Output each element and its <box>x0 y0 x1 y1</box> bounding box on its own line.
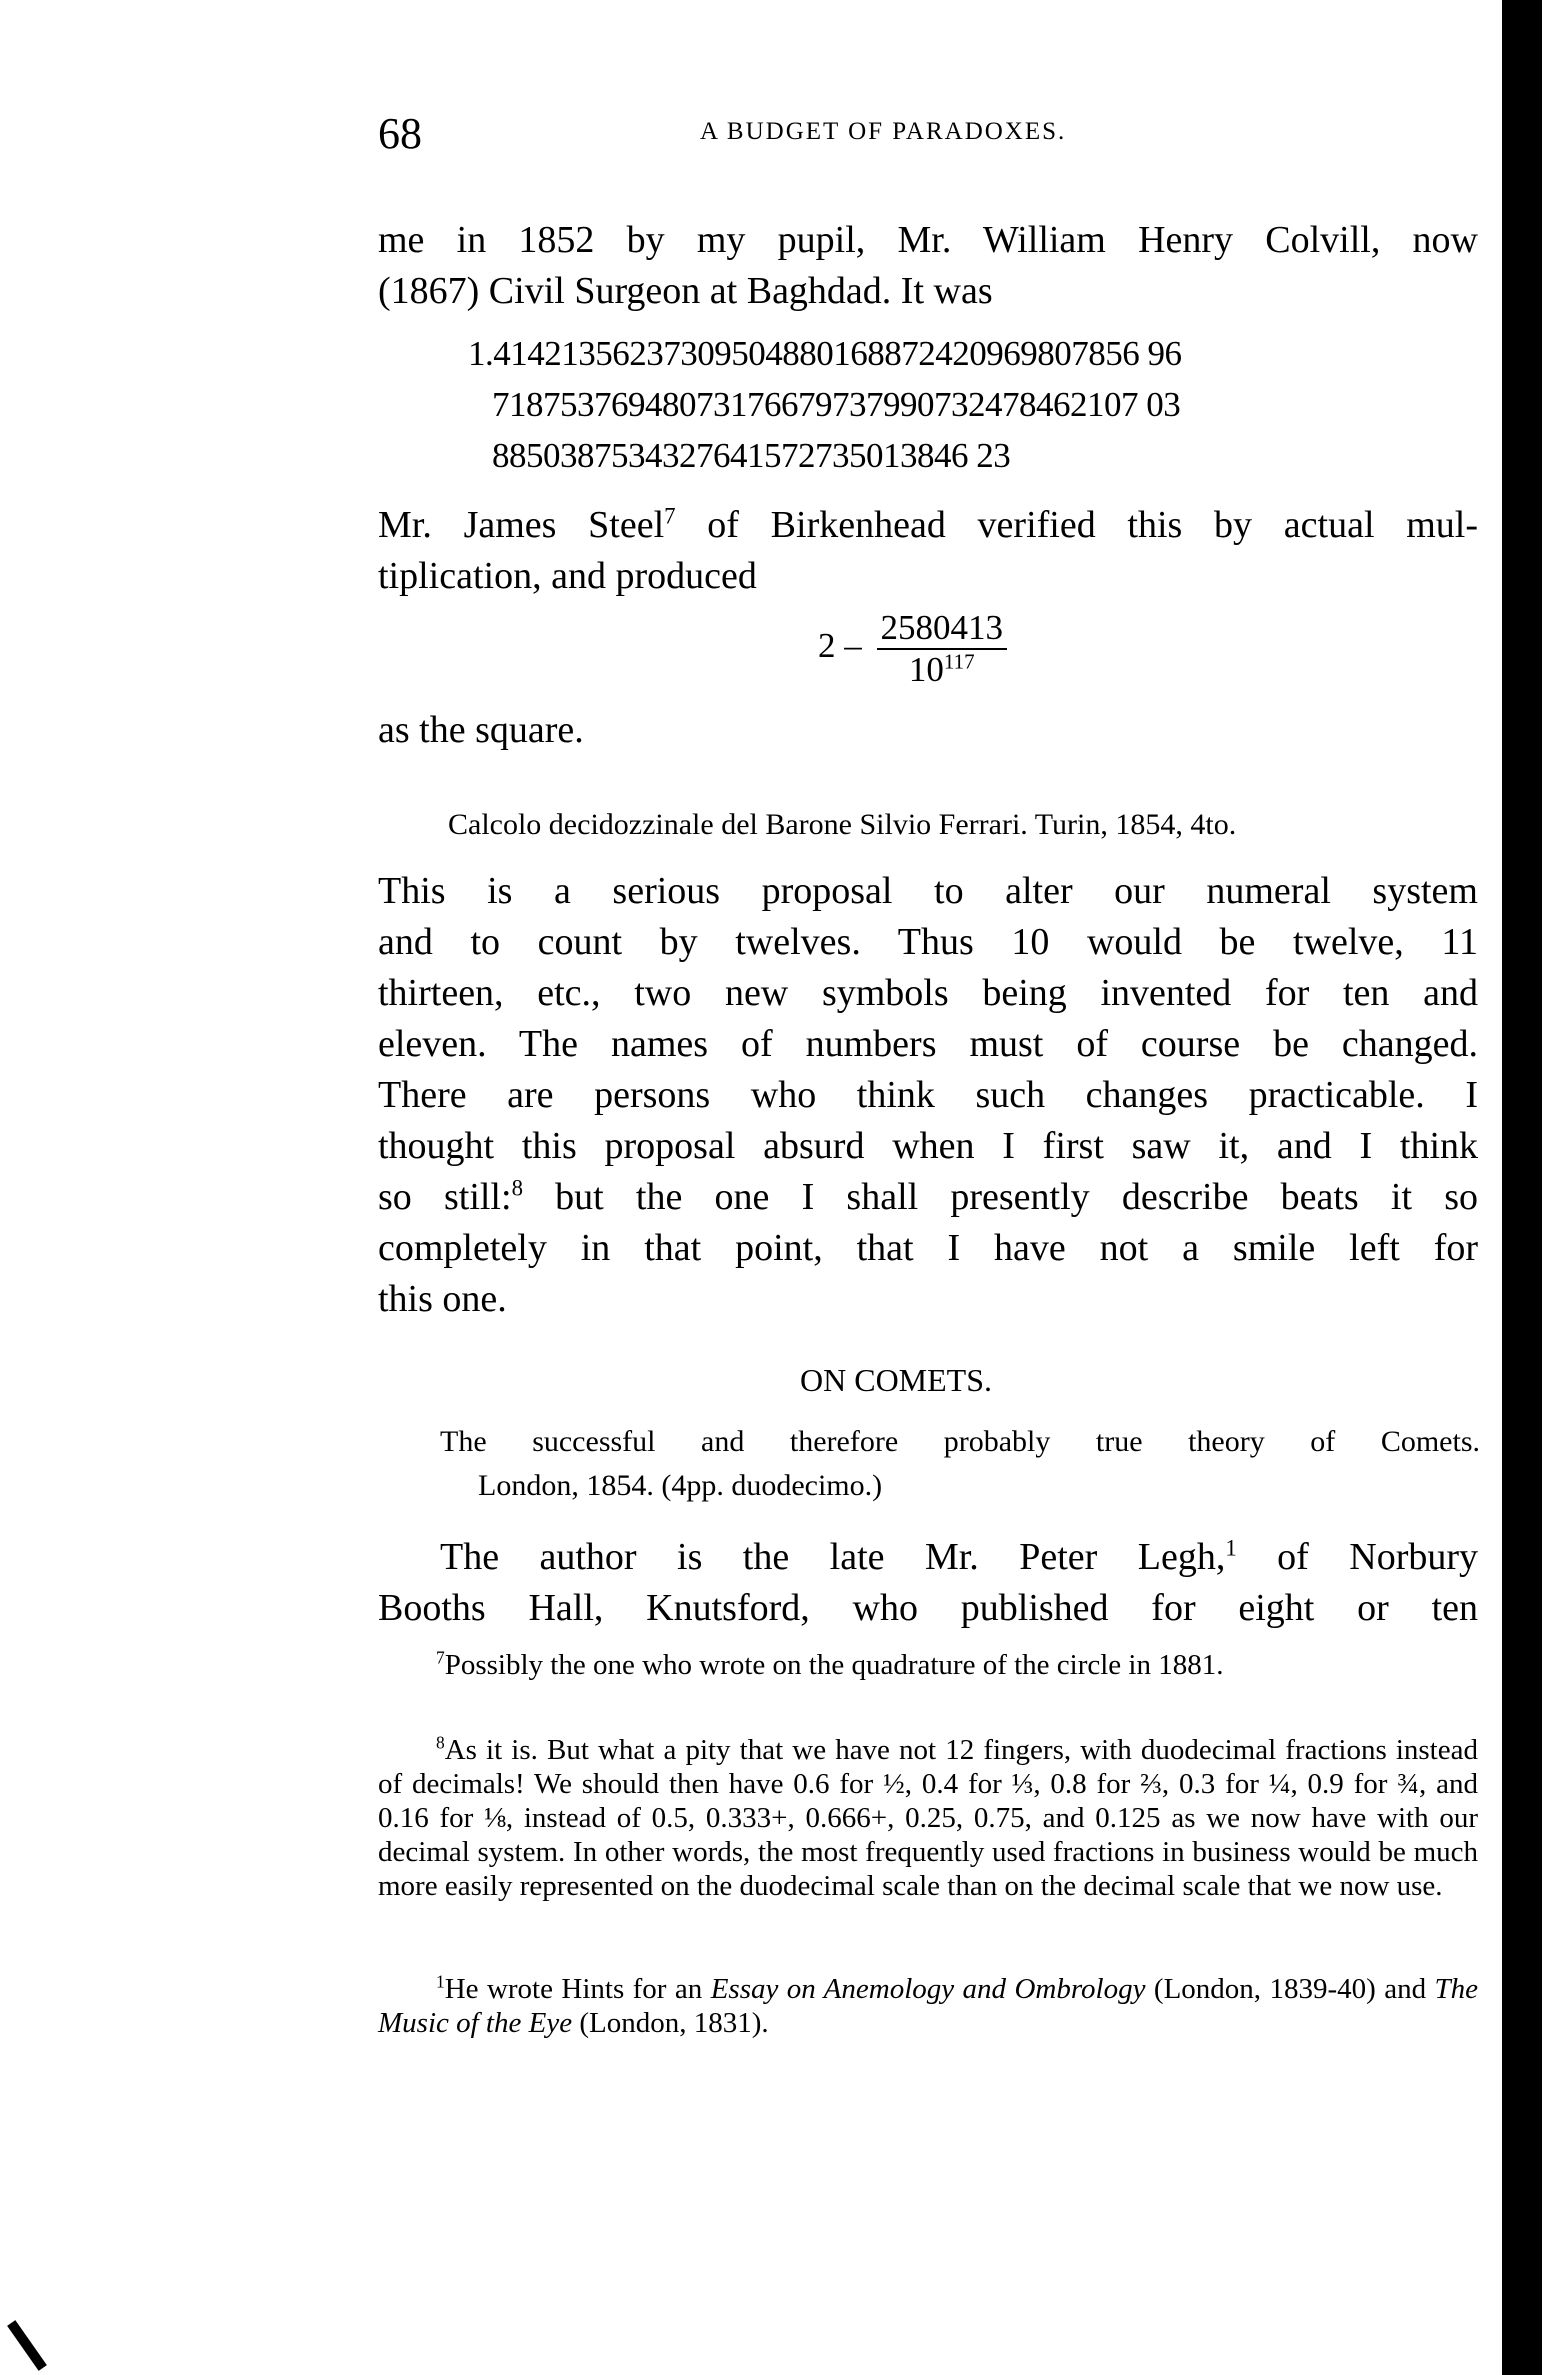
denominator-exponent: 117 <box>944 649 975 673</box>
footnote-marker-7: 7 <box>436 1647 445 1667</box>
footnote-ref-1[interactable]: 1 <box>1225 1535 1236 1560</box>
square-fraction: 2 – 2580413 10117 <box>818 608 1007 690</box>
paragraph-line-1: This is a serious proposal to alter our … <box>378 866 1478 917</box>
as-the-square: as the square. <box>378 705 1478 756</box>
intro-line-1: me in 1852 by my pupil, Mr. William Henr… <box>378 215 1478 266</box>
text: but the one I shall presently describe b… <box>523 1176 1478 1218</box>
text: (London, 1831). <box>572 2007 769 2039</box>
paragraph-line-8: completely in that point, that I have no… <box>378 1223 1478 1274</box>
text: He wrote Hints for an <box>445 1973 711 2005</box>
text: so still: <box>378 1176 512 1218</box>
paragraph-line-5: There are persons who think such changes… <box>378 1070 1478 1121</box>
comets-citation-line-1: The successful and therefore probably tr… <box>440 1420 1480 1464</box>
footnote-7: 7Possibly the one who wrote on the quadr… <box>378 1648 1478 1682</box>
footnote-8: 8As it is. But what a pity that we have … <box>378 1733 1478 1903</box>
sqrt2-digits-line-3: 8850387534327641572735013846 23 <box>492 430 1010 481</box>
paragraph-line-9: this one. <box>378 1274 1478 1325</box>
paragraph-line-2: and to count by twelves. Thus 10 would b… <box>378 917 1478 968</box>
fraction: 2580413 10117 <box>877 608 1008 690</box>
sqrt2-digits-line-1: 1.41421356237309504880168872420969807856… <box>468 328 1182 379</box>
footnote-text: As it is. But what a pity that we have n… <box>378 1734 1478 1902</box>
book-title: Essay on Anemology and Ombrology <box>711 1973 1146 2005</box>
scan-edge-bar <box>1502 0 1542 2375</box>
text: Mr. James Steel <box>378 504 664 546</box>
footnote-1: 1He wrote Hints for an Essay on Anemolog… <box>378 1972 1478 2040</box>
fraction-denominator: 10117 <box>877 650 1008 690</box>
footnote-ref-7[interactable]: 7 <box>664 503 675 528</box>
section-heading-comets: ON COMETS. <box>800 1362 992 1399</box>
text: The author is the late Mr. Peter Legh, <box>440 1536 1225 1578</box>
page-number: 68 <box>378 108 422 159</box>
paragraph-line-4: eleven. The names of numbers must of cou… <box>378 1019 1478 1070</box>
text: (London, 1839-40) and <box>1146 1973 1435 2005</box>
scan-mark <box>7 2320 47 2371</box>
denominator-base: 10 <box>909 650 944 689</box>
text: of Norbury <box>1237 1536 1478 1578</box>
fraction-whole: 2 – <box>818 626 862 665</box>
footnote-marker-1: 1 <box>436 1971 445 1991</box>
comets-text-line-2: Booths Hall, Knutsford, who published fo… <box>378 1583 1478 1634</box>
paragraph-line-7: so still:8 but the one I shall presently… <box>378 1172 1478 1223</box>
calcolo-citation: Calcolo decidozzinale del Barone Silvio … <box>448 803 1236 847</box>
footnote-text: Possibly the one who wrote on the quadra… <box>445 1649 1224 1681</box>
paragraph-line-3: thirteen, etc., two new symbols being in… <box>378 968 1478 1019</box>
comets-text-line-1: The author is the late Mr. Peter Legh,1 … <box>440 1532 1478 1583</box>
fraction-numerator: 2580413 <box>877 608 1008 650</box>
paragraph-line-6: thought this proposal absurd when I firs… <box>378 1121 1478 1172</box>
steel-line-1: Mr. James Steel7 of Birkenhead verified … <box>378 500 1478 551</box>
text: of Birkenhead verified this by actual mu… <box>676 504 1478 546</box>
footnote-ref-8[interactable]: 8 <box>512 1175 523 1200</box>
intro-line-2: (1867) Civil Surgeon at Baghdad. It was <box>378 266 1478 317</box>
steel-line-2: tiplication, and produced <box>378 551 1478 602</box>
running-title: A BUDGET OF PARADOXES. <box>700 118 1066 146</box>
footnote-marker-8: 8 <box>436 1732 445 1752</box>
sqrt2-digits-line-2: 71875376948073176679737990732478462107 0… <box>492 379 1180 430</box>
comets-citation-line-2: London, 1854. (4pp. duodecimo.) <box>478 1464 882 1508</box>
